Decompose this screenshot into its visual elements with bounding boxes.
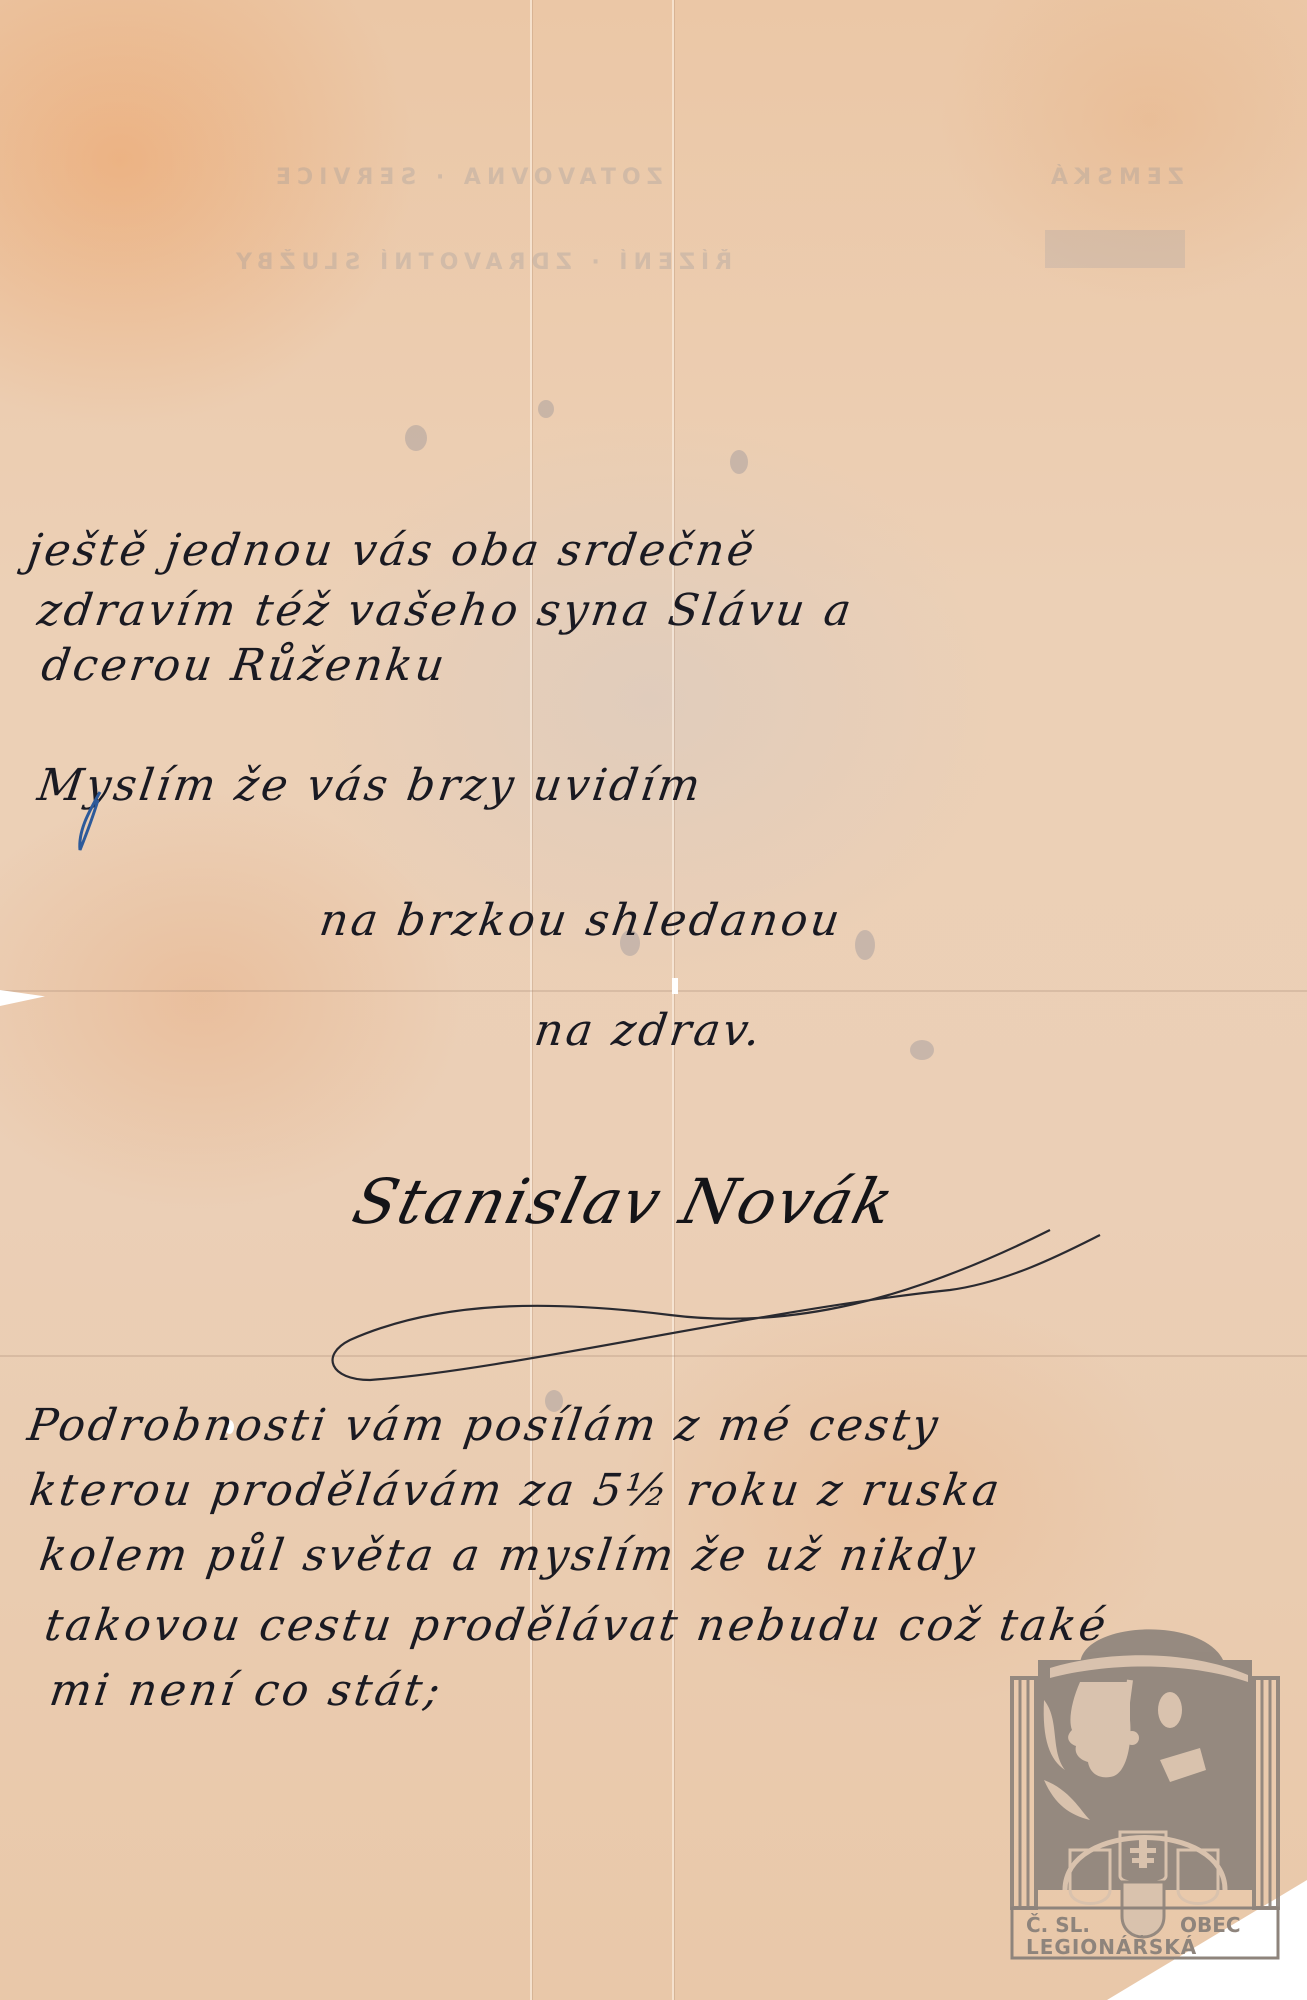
body-line: ještě jednou vás oba srdečně [24, 525, 760, 576]
letterhead-block [1045, 230, 1185, 268]
postscript-line: takovou cestu prodělávat nebudu což také [41, 1600, 1111, 1651]
stain [405, 425, 427, 451]
logo-text-obec: OBEC [1180, 1913, 1241, 1937]
body-line: dcerou Růženku [38, 640, 450, 691]
paper-tear [0, 990, 45, 1006]
paper-hole [672, 978, 678, 994]
fold-crease-vertical [530, 0, 532, 2000]
signature-flourish [310, 1220, 1110, 1390]
postscript-line: mi není co stát; [46, 1665, 446, 1716]
closing-line: na brzkou shledanou [316, 895, 845, 946]
logo-text-legionarska: LEGIONÁŘSKÁ [1026, 1935, 1197, 1959]
body-line: Myslím že vás brzy uvidím [34, 760, 706, 811]
postscript-line: kterou prodělávám za 5½ roku z ruska [26, 1465, 1005, 1516]
fold-crease-vertical [672, 0, 674, 2000]
legion-watermark-logo: Č. SL. OBEC LEGIONÁŘSKÁ [1010, 1620, 1280, 1960]
stain [910, 1040, 934, 1060]
postscript-line: Podrobnosti vám posílám z mé cesty [24, 1400, 943, 1451]
body-line: zdravím též vašeho syna Slávu a [34, 585, 857, 636]
letterhead-line-1: ZOTAVOVNA · SERVICE [270, 165, 663, 190]
postscript-line: kolem půl světa a myslím že už nikdy [36, 1530, 980, 1581]
letterhead-line-2: ŘÍZENÍ · ZDRAVOTNÍ SLUŽBY [230, 250, 732, 275]
fold-crease-horizontal [0, 990, 1307, 992]
blue-pencil-mark [70, 790, 110, 860]
closing-line: na zdrav. [531, 1005, 766, 1056]
letterhead-right: ZEMSKÁ [1045, 165, 1184, 190]
stain [730, 450, 748, 474]
stain [538, 400, 554, 418]
stain [855, 930, 875, 960]
logo-text-csl: Č. SL. [1026, 1913, 1090, 1937]
letter-page: ZOTAVOVNA · SERVICE ŘÍZENÍ · ZDRAVOTNÍ S… [0, 0, 1307, 2000]
